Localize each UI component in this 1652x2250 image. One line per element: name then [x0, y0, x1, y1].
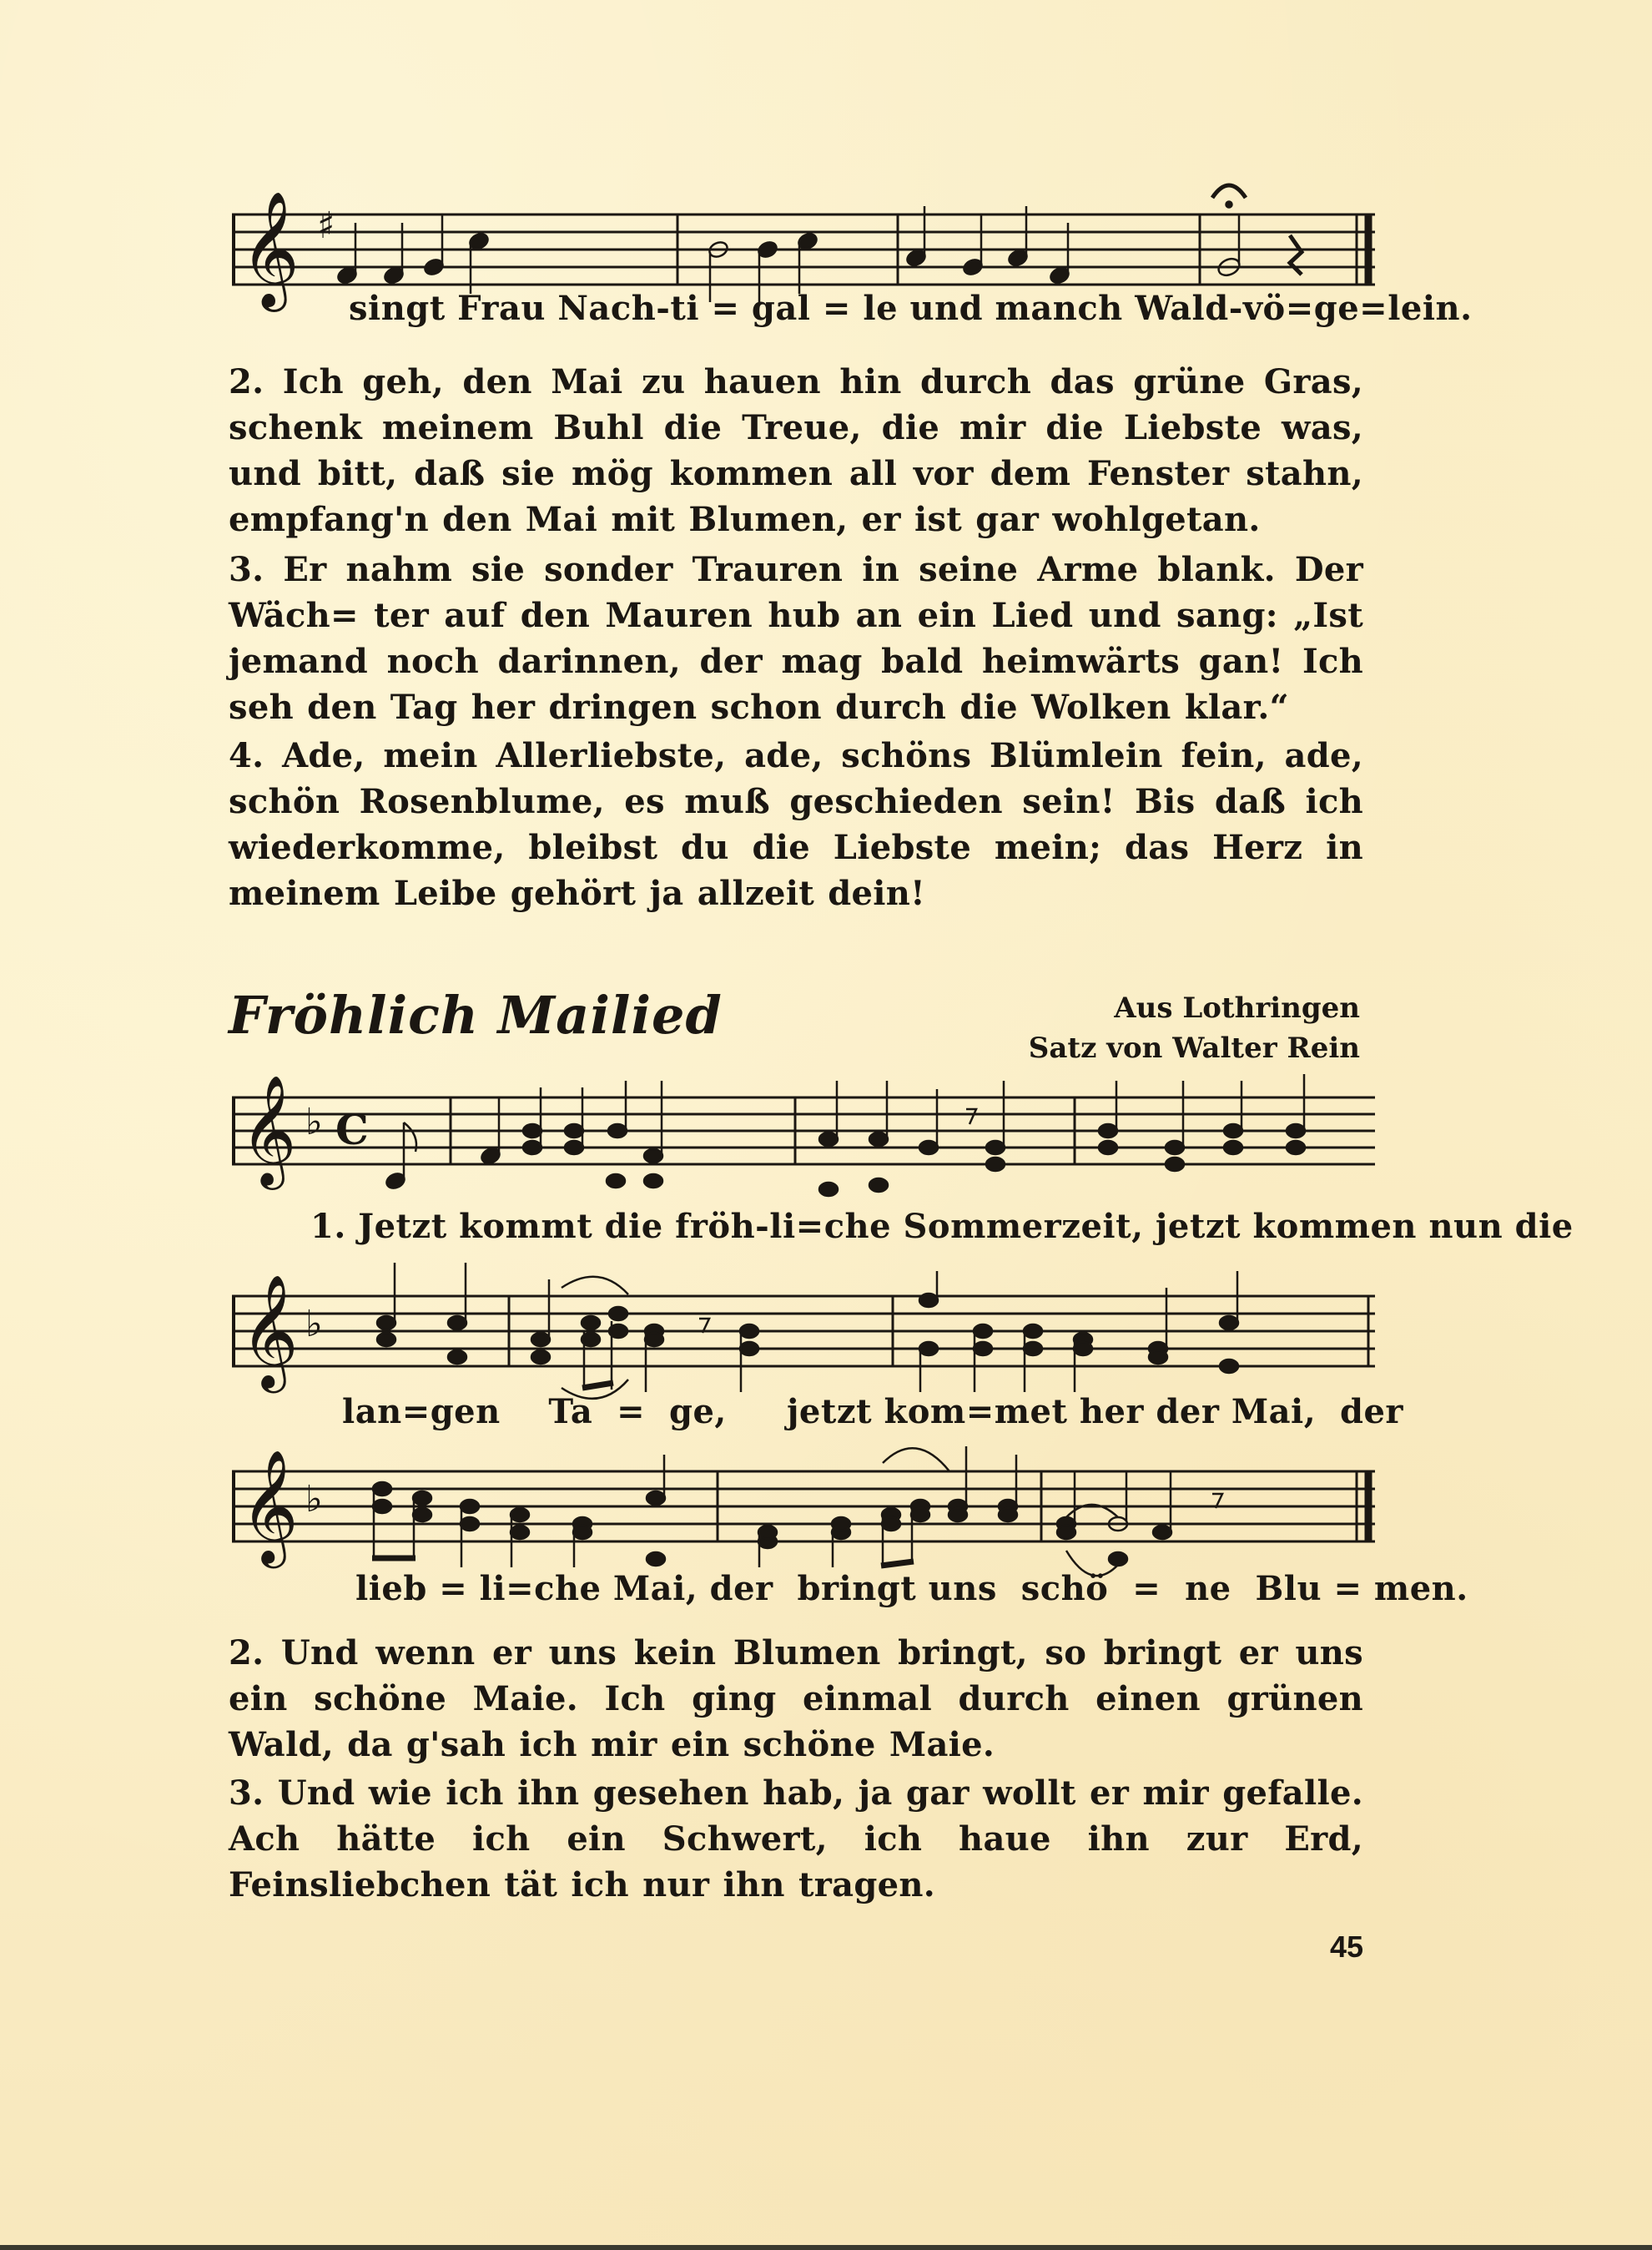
song1-verse-4: 4. Ade, mein Allerliebste, ade, schöns B…: [229, 733, 1363, 916]
flat-icon: ♭: [305, 1303, 323, 1345]
staff-notation: 𝄞 ♭ C: [232, 1047, 1375, 1231]
fermata-icon: [1212, 185, 1246, 198]
flat-icon: ♭: [305, 1478, 323, 1521]
treble-clef-icon: 𝄞: [240, 1273, 299, 1393]
song2-lyric-line-3: lieb = li=che Mai, der bringt uns schö =…: [355, 1569, 1468, 1608]
song1-verse-3: 3. Er nahm sie sonder Trauren in seine A…: [229, 547, 1363, 730]
slur-icon: [562, 1277, 628, 1294]
treble-clef-icon: 𝄞: [240, 191, 300, 312]
flat-icon: ♭: [305, 1101, 323, 1143]
music-staff-song2-line3: 𝄞 ♭: [232, 1471, 1375, 1541]
song1-verse-2: 2. Ich geh, den Mai zu hauen hin durch d…: [229, 359, 1363, 542]
page-bottom-edge: [0, 2245, 1652, 2250]
music-staff-song2-line2: 𝄞 ♭: [232, 1296, 1375, 1366]
music-staff-song2-line1: 𝄞 ♭ C: [232, 1097, 1375, 1168]
treble-clef-icon: 𝄞: [240, 1074, 296, 1190]
song2-lyric-line-1: 1. Jetzt kommt die fröh-li=che Sommerzei…: [310, 1207, 1574, 1246]
sharp-icon: ♯: [317, 204, 335, 247]
treble-clef-icon: 𝄞: [240, 1448, 299, 1568]
song1-lyric-line: singt Frau Nach-ti = gal = le und manch …: [349, 289, 1473, 328]
slur-icon: [883, 1448, 949, 1471]
song2-verse-2: 2. Und wenn er uns kein Blumen bringt, s…: [229, 1630, 1363, 1768]
song-title: Fröhlich Mailied: [229, 985, 723, 1046]
page-number: 45: [1330, 1930, 1363, 1965]
song2-verse-3: 3. Und wie ich ihn gesehen hab, ja gar w…: [229, 1770, 1363, 1908]
quarter-rest-icon: [1290, 235, 1302, 275]
song-origin: Aus Lothringen: [1114, 991, 1360, 1025]
common-time-icon: C: [335, 1105, 369, 1154]
music-staff-song1: 𝄞 ♯: [232, 214, 1375, 285]
